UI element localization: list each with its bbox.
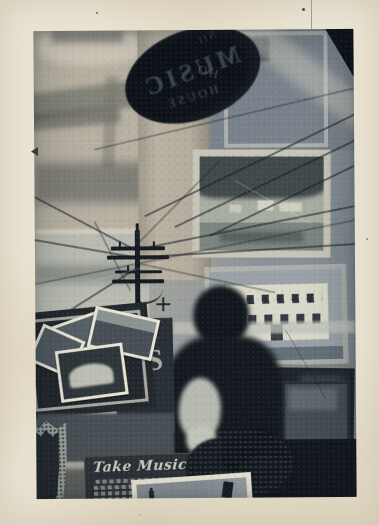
- dust-speck: [139, 514, 141, 516]
- dust-speck: [366, 238, 368, 240]
- pole-crossarm: [111, 246, 165, 250]
- dark-overlap-tab: [222, 481, 234, 498]
- postcard-image: [58, 346, 125, 400]
- tiny-figure: [149, 491, 155, 499]
- pole-crossarm: [107, 255, 169, 259]
- pole-top-knob: [136, 223, 139, 231]
- house-glint: [230, 204, 242, 212]
- insulator-pin: [119, 242, 121, 247]
- poster-title: Take Music: [93, 457, 188, 476]
- oval-sign-top-text: NII: [195, 29, 218, 48]
- framed-print-highlight: [289, 388, 337, 410]
- display-photo-topleft: [33, 30, 148, 231]
- dark-ridge: [51, 29, 123, 43]
- insulator-pin: [153, 241, 155, 246]
- dust-speck: [302, 8, 305, 11]
- photo-print: NII MUSIC HOUSE HO: [0, 0, 379, 525]
- postcard: [55, 343, 129, 403]
- pole-crossarm: [112, 279, 164, 283]
- mountain-motif: [68, 361, 114, 388]
- border-scratch: [311, 0, 312, 29]
- landscape-content: [199, 156, 323, 250]
- photo-emulsion: NII MUSIC HOUSE HO: [33, 29, 356, 499]
- lamp-cross: [162, 297, 164, 311]
- dust-speck: [96, 12, 98, 14]
- soft-dark-band: [34, 162, 146, 203]
- shield-frame-inside: [33, 429, 62, 499]
